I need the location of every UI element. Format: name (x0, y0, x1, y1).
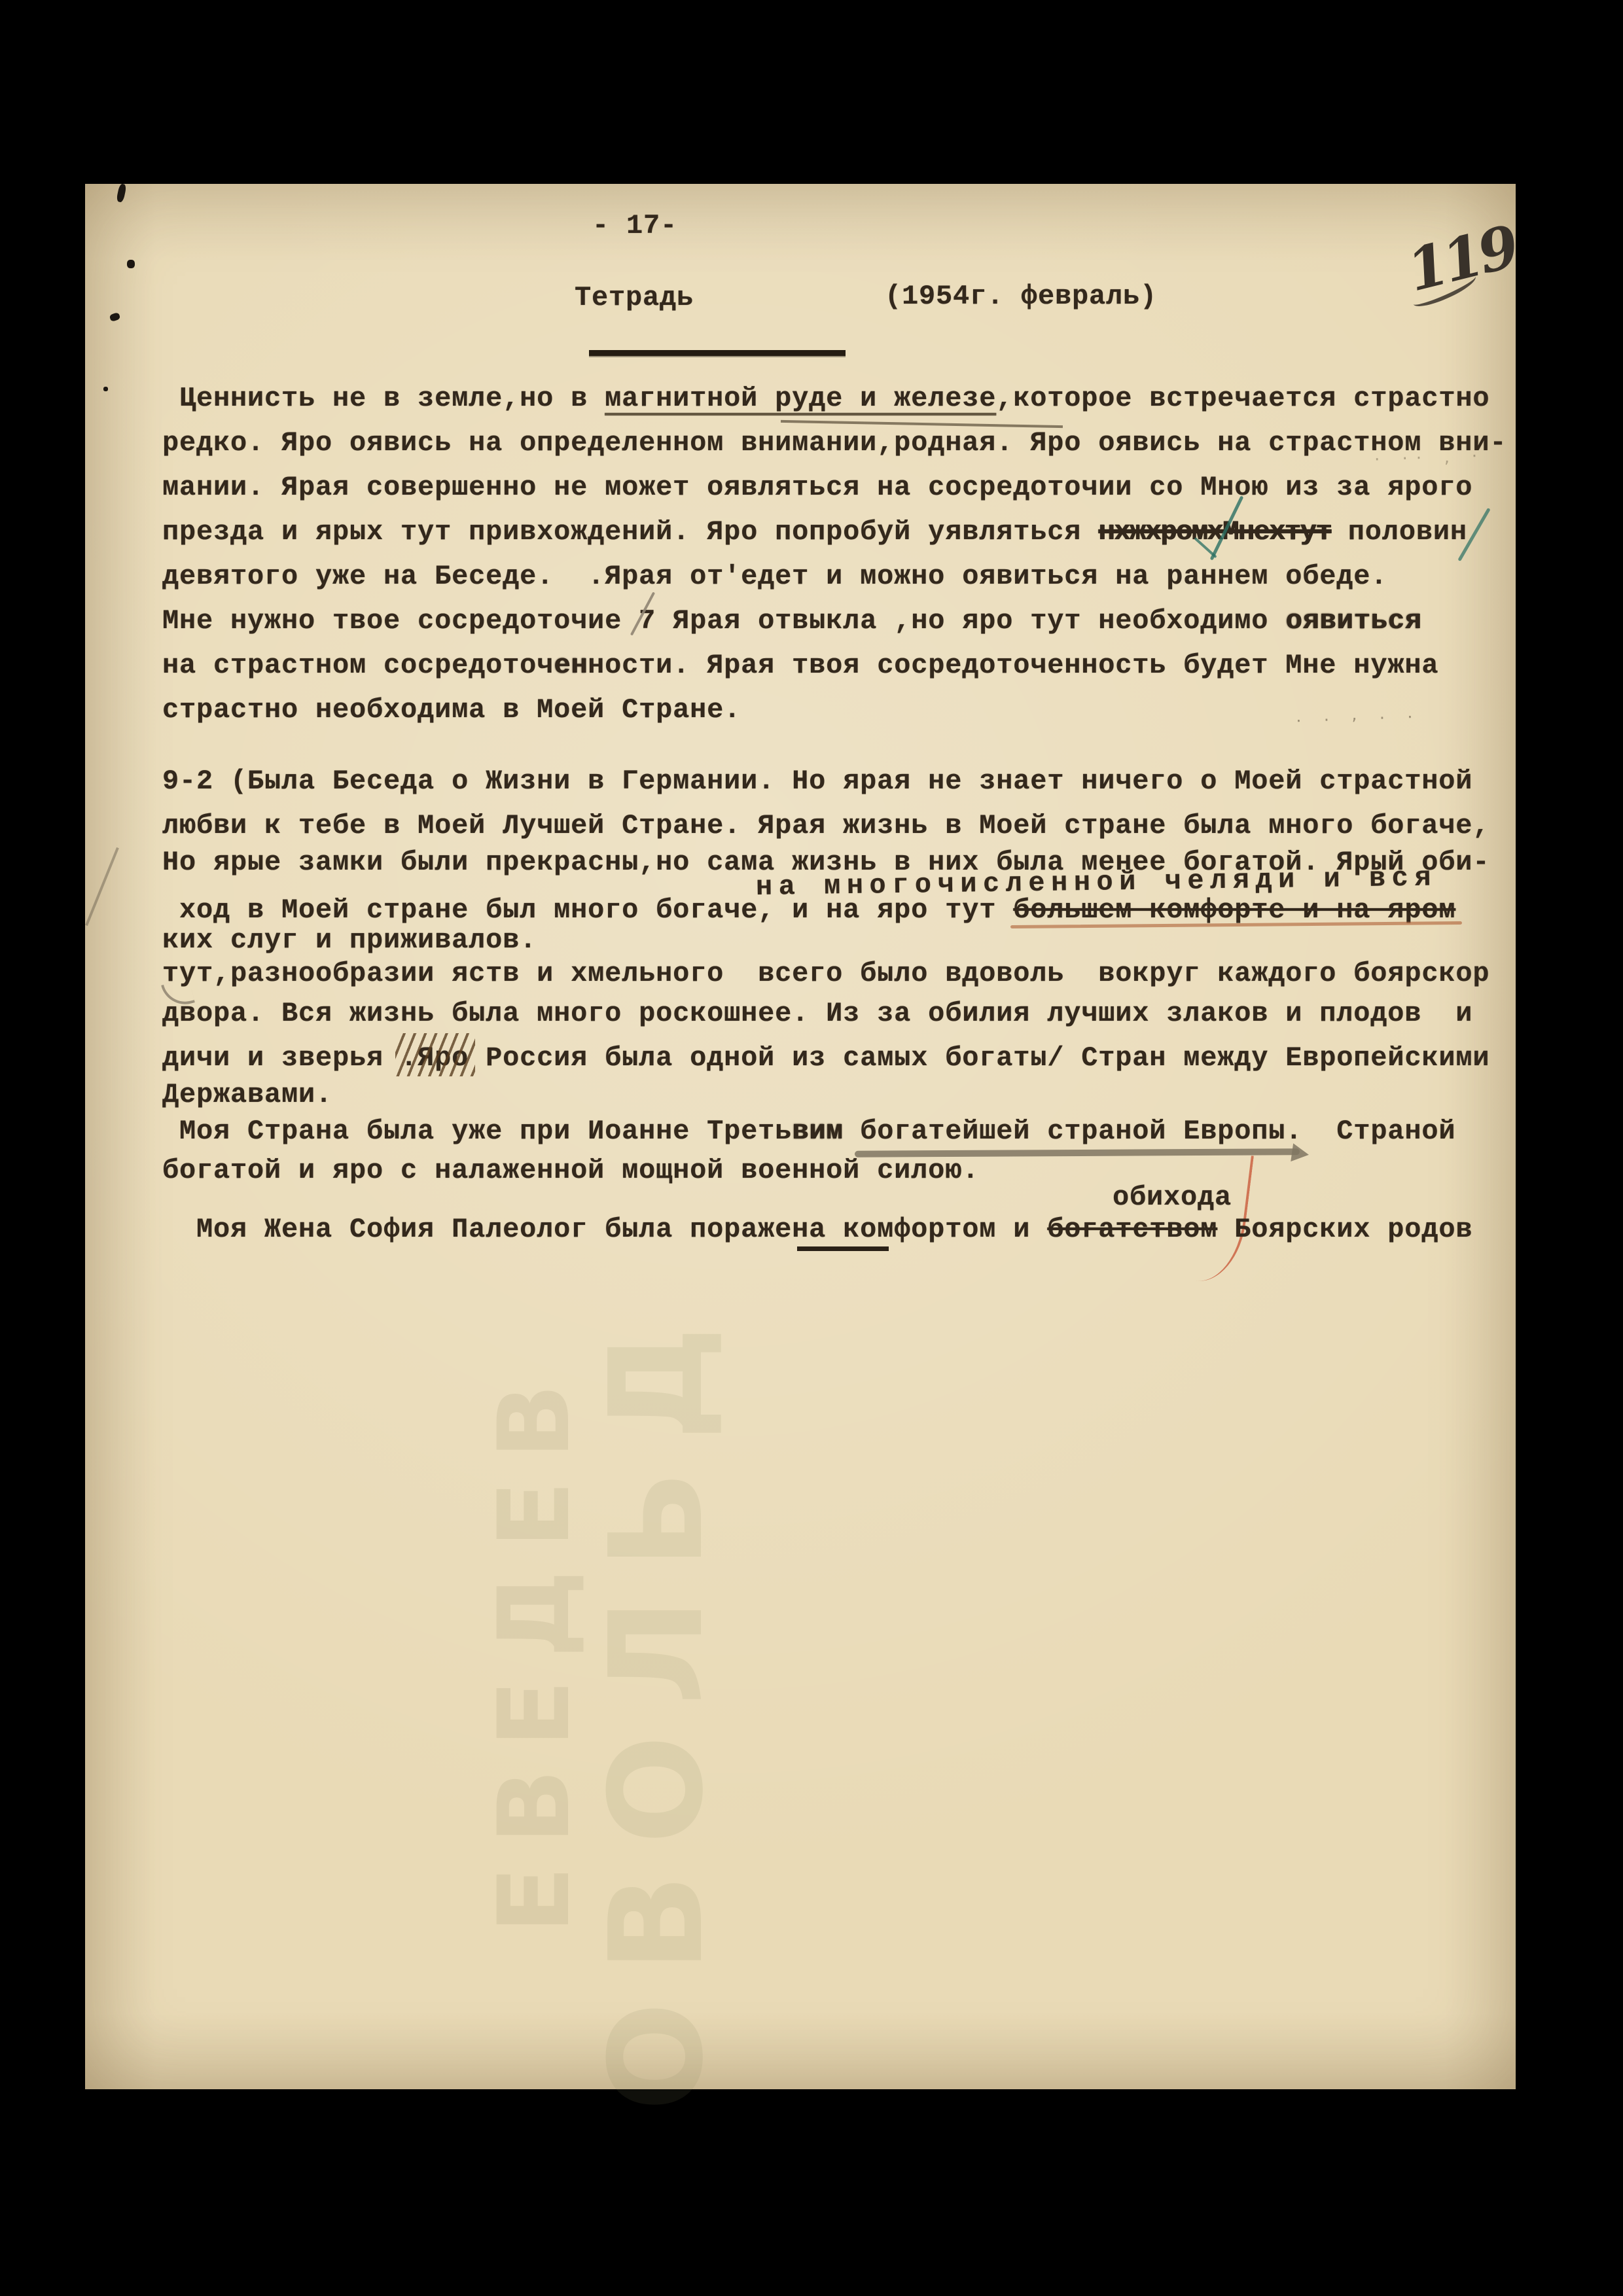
text-segment: Моя Жена София Палеолог была поражена ко… (162, 1214, 1047, 1245)
text-segment: ,которое встречается страстно (996, 383, 1489, 414)
typewritten-line: Мне нужно твое сосредоточие 7 Ярая отвык… (162, 599, 1522, 643)
typewritten-line: редко. Яро оявись на определенном вниман… (162, 421, 1522, 465)
text-segment: .Яро (401, 1042, 469, 1074)
text-segment: ности. Ярая твоя сосредоточенность будет… (588, 650, 1438, 681)
text-segment: страстно необходима в Моей Стране. (162, 694, 741, 726)
typewritten-line: ход в Моей стране был много богаче, и на… (162, 897, 1522, 924)
typewritten-line: Моя Жена София Палеолог была поражена ко… (162, 1207, 1522, 1252)
paper-watermark-right: ОВОЛЬД (582, 1296, 732, 2111)
text-segment: большем комфорте и на яром (1013, 894, 1455, 926)
text-segment: Мне нужно твое сосредоточие (162, 605, 639, 637)
text-segment: магнитной руде и железе (605, 383, 996, 414)
text-segment: на страстном сосредоточ (162, 650, 554, 681)
title-divider-rule (589, 350, 846, 356)
text-segment: вим (792, 1116, 843, 1147)
typewritten-line: тут,разнообразии яств и хмельного всего … (162, 957, 1522, 991)
text-segment: ен (554, 650, 588, 681)
text-segment: мании. Ярая совершенно не может оявлятьс… (162, 472, 1472, 503)
pencil-dots: · ·· ‚ · (1374, 446, 1486, 470)
pencil-margin-slash (85, 847, 119, 926)
ink-speck (103, 387, 108, 391)
text-segment: Боярских родов (1217, 1214, 1472, 1245)
text-segment: двора. Вся жизнь была много роскошнее. И… (162, 998, 1472, 1029)
document-title: Тетрадь (575, 282, 694, 313)
ink-speck (116, 183, 127, 203)
text-segment: Страной (1302, 1116, 1455, 1147)
paragraph: 9-2 (Была Беседа о Жизни в Германии. Но … (162, 759, 1522, 1252)
ink-speck (109, 312, 121, 322)
text-segment: Ярая отвыкла ,но яро тут необходимо (656, 605, 1285, 637)
ink-speck (127, 260, 135, 268)
paper-watermark-left: ЕВЕДЕВ (478, 1362, 592, 1934)
text-segment: оявиться (1285, 605, 1421, 637)
text-segment: любви к тебе в Моей Лучшей Стране. Ярая … (162, 810, 1489, 841)
typewritten-line: на страстном сосредоточенности. Ярая тво… (162, 643, 1522, 688)
typewritten-line: 9-2 (Была Беседа о Жизни в Германии. Но … (162, 759, 1522, 804)
typewritten-line: Ценнисть не в земле,но в магнитной руде … (162, 376, 1522, 421)
typewritten-line: любви к тебе в Моей Лучшей Стране. Ярая … (162, 804, 1522, 848)
typewritten-line: дичи и зверья .Яро Россия была одной из … (162, 1036, 1522, 1080)
text-segment: Моя Страна была уже при Иоанне Треть (162, 1116, 792, 1147)
text-segment: ких слуг и приживалов. (162, 925, 537, 956)
document-date: (1954г. февраль) (885, 281, 1157, 312)
paragraph: Ценнисть не в земле,но в магнитной руде … (162, 376, 1522, 732)
typewritten-line: Державами. (162, 1080, 1522, 1109)
text-segment: тут, (162, 958, 230, 989)
page-number: - 17- (592, 210, 677, 241)
typewritten-text-block: Ценнисть не в земле,но в магнитной руде … (162, 376, 1522, 1252)
typewritten-line: мании. Ярая совершенно не может оявлятьс… (162, 465, 1522, 510)
typewritten-line: девятого уже на Беседе. .Ярая от'едет и … (162, 554, 1522, 599)
folio-number-handwritten: 119 (1400, 213, 1522, 305)
text-segment: презда и ярых тут привхождений. Яро попр… (162, 516, 1098, 548)
footer-divider-rule (797, 1246, 889, 1251)
text-segment: разнообразии яств и хмельного всего было… (230, 958, 1489, 989)
text-segment: девятого уже на Беседе. .Ярая от'едет и … (162, 561, 1387, 592)
typewritten-line: презда и ярых тут привхождений. Яро попр… (162, 510, 1522, 554)
typewritten-line: двора. Вся жизнь была много роскошнее. И… (162, 991, 1522, 1036)
scanned-document-page: - 17- 119 Тетрадь (1954г. февраль) Ценни… (85, 184, 1516, 2089)
text-segment: богатейшей страной Европы. (860, 1116, 1302, 1147)
typewritten-line: богатой и яро с налаженной мощной военно… (162, 1154, 1522, 1188)
text-segment: богатством (1047, 1214, 1217, 1245)
text-segment: дичи и зверья (162, 1042, 401, 1074)
typewritten-line: ких слуг и приживалов. (162, 924, 1522, 957)
text-segment: половин (1331, 516, 1467, 548)
text-segment: редко. Яро оявись на определенном вниман… (162, 427, 1507, 459)
text-segment: Ценнисть не в земле,но в (162, 383, 605, 414)
text-segment: ход в Моей стране был много богаче, и на… (162, 894, 1013, 926)
ink-hatch-strikeout (395, 1033, 475, 1076)
text-segment: богатой и яро с налаженной мощной военно… (162, 1155, 979, 1186)
inserted-correction-line: обихода (162, 1188, 1522, 1207)
text-segment: Державами. (162, 1079, 332, 1110)
text-segment: нхжхромхМнехтут (1098, 516, 1331, 548)
text-segment (843, 1116, 860, 1147)
typewritten-line: Моя Страна была уже при Иоанне Третьвим … (162, 1109, 1522, 1154)
text-segment: 9-2 (Была Беседа о Жизни в Германии. Но … (162, 766, 1472, 797)
text-segment: Россия была одной из самых богаты/ Стран… (469, 1042, 1489, 1074)
text-segment: 7 (639, 605, 656, 637)
